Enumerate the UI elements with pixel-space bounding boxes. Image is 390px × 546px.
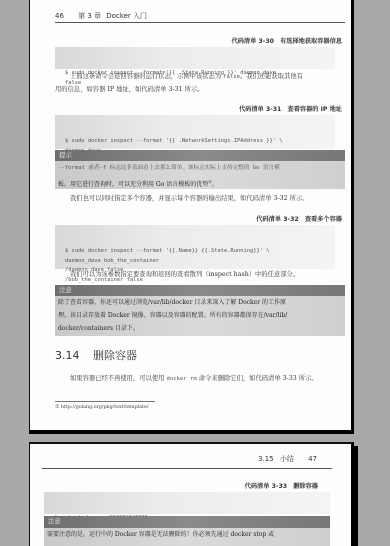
code-listing-3-31: $ sudo docker inspect --format '{{ .Netw…: [55, 115, 335, 149]
note-header: 注意: [44, 516, 330, 528]
paragraph: 上面这条命令会返回容器的运行状态，示例中该状态为 false。我们还能获取其他有: [70, 70, 303, 84]
tip-line: 板。用它进行查询时，可以充分利用 Go 语言模板的优势①。: [58, 175, 345, 191]
listing-caption: 代码清单 3-32 查看多个容器: [256, 214, 342, 223]
code-listing-3-30: $ sudo docker inspect --format='{{ .Stat…: [55, 47, 335, 69]
listing-caption: 代码清单 3-30 有选择地获取容器信息: [232, 36, 342, 45]
text: 板。用它进行查询时，可以充分利用 Go 语言模板的优势: [58, 181, 208, 188]
page-number: 47: [308, 455, 317, 463]
tip-header: 提示: [55, 150, 345, 161]
code-line: $ sudo docker inspect --format '{{.Name}…: [65, 247, 335, 257]
running-header: 46 第 3 章 Docker 入门: [55, 11, 147, 21]
running-header: 3.15 小结 47: [258, 454, 317, 464]
note-header: 注意: [55, 285, 345, 296]
footnote[interactable]: ① http://golang.org/pkg/text/template/: [55, 405, 148, 410]
code-listing-3-33: $ sudo docker rm 80430f8d092180430f8d092…: [44, 492, 330, 514]
header-rule: [55, 22, 345, 23]
note-line: 理。该目录存放着 Docker 镜像、容器以及容器的配置。所有的容器都保存在/v…: [58, 309, 345, 322]
note-line: docker/containers 目录下。: [58, 322, 345, 335]
header-rule: [42, 468, 332, 469]
paragraph: 我们也可以同时指定多个容器，并显示每个容器的输出结果，如代码清单 3-32 所示…: [70, 192, 309, 205]
section-heading: 3.14 删除容器: [55, 347, 137, 363]
text: 。我们还能获取其他有: [240, 73, 303, 80]
page-46: 46 第 3 章 Docker 入门 代码清单 3-30 有选择地获取容器信息 …: [29, 0, 354, 434]
chapter-number: 第 3 章: [78, 12, 101, 20]
tip-body: --format 或者-f 标志远非表面看上去那么简单。该标志实际上支持完整的 …: [55, 161, 345, 189]
paragraph-continued: 用的信息，如容器 IP 地址，如代码清单 3-31 所示。: [55, 83, 204, 96]
note-body: 需要注意的是，运行中的 Docker 容器是无法删除的！你必须先通过 docke…: [44, 528, 330, 546]
text: 命令来删除它们，如代码清单 3-33 所示。: [197, 375, 318, 382]
note-body: 除了查看容器，你还可以通过浏览/var/lib/docker 目录来深入了解 D…: [55, 296, 345, 336]
code-line: daemon_dave bob_the_container: [65, 257, 335, 267]
inline-code: false: [223, 74, 240, 80]
listing-caption: 代码清单 3-33 删除容器: [245, 481, 318, 490]
page-shadow: [354, 446, 358, 546]
text: 。: [212, 181, 218, 188]
text: --format 或者-f 标志远非表面看上去那么简单。该标志实际上支持完整的 …: [58, 165, 280, 171]
text: 如果容器已经不再使用，可以使用: [70, 375, 166, 382]
tip-line: --format 或者-f 标志远非表面看上去那么简单。该标志实际上支持完整的 …: [58, 161, 345, 175]
chapter-title: Docker 入门: [106, 12, 147, 20]
paragraph: 我们可以为该参数指定要查询和返回的查看散列（inspect hash）中的任意部…: [70, 268, 299, 281]
inline-code: docker rm: [166, 376, 196, 382]
section-number: 3.14: [55, 349, 80, 362]
section-title: 小结: [280, 455, 294, 463]
code-listing-3-32: $ sudo docker inspect --format '{{.Name}…: [55, 225, 335, 269]
note-line: 除了查看容器，你还可以通过浏览/var/lib/docker 目录来深入了解 D…: [58, 296, 345, 309]
text: 上面这条命令会返回容器的运行状态，示例中该状态为: [70, 73, 223, 80]
footnote-rule: [55, 401, 155, 402]
listing-caption: 代码清单 3-31 查看容器的 IP 地址: [239, 104, 342, 113]
page-number: 46: [55, 12, 64, 20]
code-line: $ sudo docker inspect --format '{{ .Netw…: [65, 137, 335, 147]
paragraph: 如果容器已经不再使用，可以使用 docker rm 命令来删除它们，如代码清单 …: [70, 372, 318, 386]
section-number: 3.15: [258, 455, 274, 463]
section-title: 删除容器: [93, 349, 137, 362]
page-47: 3.15 小结 47 代码清单 3-33 删除容器 $ sudo docker …: [29, 442, 354, 546]
note-line: 需要注意的是，运行中的 Docker 容器是无法删除的！你必须先通过 docke…: [47, 528, 330, 541]
